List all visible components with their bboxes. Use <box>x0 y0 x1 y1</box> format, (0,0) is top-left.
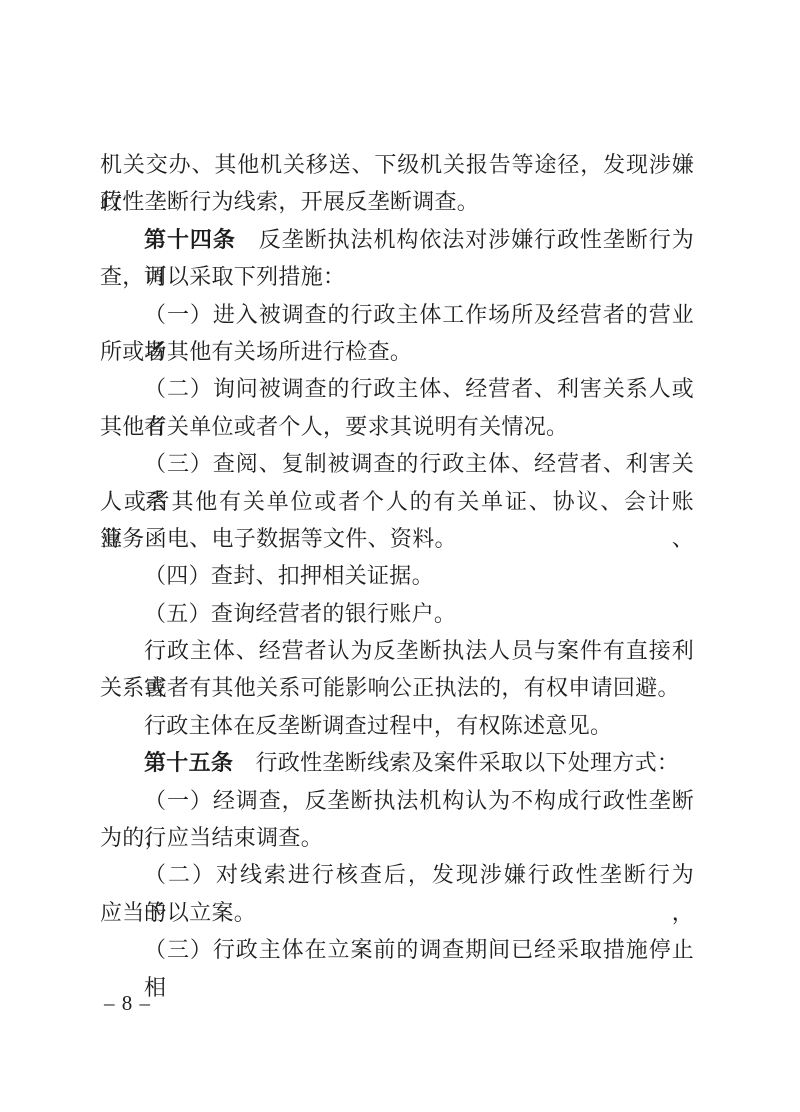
document-page: 机关交办、其他机关移送、下级机关报告等途径，发现涉嫌行政性垄断行为线索，开展反垄… <box>0 0 800 1112</box>
page-footer: – 8 – <box>104 991 151 1016</box>
text-run: 行政性垄断线索及案件采取以下处理方式： <box>233 750 679 775</box>
article-number: 第十四条 <box>144 227 236 252</box>
text-line: 其他有关单位或者个人，要求其说明有关情况。 <box>100 408 694 445</box>
text-line: （一）进入被调查的行政主体工作场所及经营者的营业场 <box>100 296 694 333</box>
text-run: （四）查封、扣押相关证据。 <box>144 563 434 588</box>
text-line: 第十五条 行政性垄断线索及案件采取以下处理方式： <box>100 744 694 781</box>
text-line: （二）询问被调查的行政主体、经营者、利害关系人或者 <box>100 370 694 407</box>
text-line: （二）对线索进行核查后，发现涉嫌行政性垄断行为的， <box>100 856 694 893</box>
document-body: 机关交办、其他机关移送、下级机关报告等途径，发现涉嫌行政性垄断行为线索，开展反垄… <box>100 146 694 969</box>
text-line: 行政主体在反垄断调查过程中，有权陈述意见。 <box>100 707 694 744</box>
text-line: 为的，应当结束调查。 <box>100 819 694 856</box>
text-run: 政性垄断行为线索，开展反垄断调查。 <box>100 189 479 214</box>
text-run: 关系或者有其他关系可能影响公正执法的，有权申请回避。 <box>100 675 680 700</box>
text-run: 为的，应当结束调查。 <box>100 825 323 850</box>
article-number: 第十五条 <box>144 750 233 775</box>
text-line: 查，可以采取下列措施： <box>100 258 694 295</box>
text-run: （三）行政主体在立案前的调查期间已经采取措施停止相 <box>144 937 694 999</box>
text-line: （一）经调查，反垄断执法机构认为不构成行政性垄断行 <box>100 782 694 819</box>
text-line: 人或者其他有关单位或者个人的有关单证、协议、会计账簿、 <box>100 483 694 520</box>
text-line: （三）查阅、复制被调查的行政主体、经营者、利害关系 <box>100 445 694 482</box>
text-run: （五）查询经营者的银行账户。 <box>144 601 456 626</box>
text-line: （四）查封、扣押相关证据。 <box>100 557 694 594</box>
text-run: 所或者其他有关场所进行检查。 <box>100 339 412 364</box>
text-run: 业务函电、电子数据等文件、资料。 <box>100 526 457 551</box>
text-line: 第十四条 反垄断执法机构依法对涉嫌行政性垄断行为调 <box>100 221 694 258</box>
text-line: 机关交办、其他机关移送、下级机关报告等途径，发现涉嫌行 <box>100 146 694 183</box>
text-run: 其他有关单位或者个人，要求其说明有关情况。 <box>100 414 568 439</box>
text-line: 政性垄断行为线索，开展反垄断调查。 <box>100 183 694 220</box>
text-run: 查，可以采取下列措施： <box>100 264 345 289</box>
text-line: （五）查询经营者的银行账户。 <box>100 595 694 632</box>
text-line: 所或者其他有关场所进行检查。 <box>100 333 694 370</box>
text-line: 行政主体、经营者认为反垄断执法人员与案件有直接利害 <box>100 632 694 669</box>
text-run: 行政主体在反垄断调查过程中，有权陈述意见。 <box>144 713 612 738</box>
text-line: （三）行政主体在立案前的调查期间已经采取措施停止相 <box>100 931 694 968</box>
text-line: 关系或者有其他关系可能影响公正执法的，有权申请回避。 <box>100 669 694 706</box>
text-run: 应当予以立案。 <box>100 900 256 925</box>
page-number: – 8 – <box>104 991 151 1015</box>
